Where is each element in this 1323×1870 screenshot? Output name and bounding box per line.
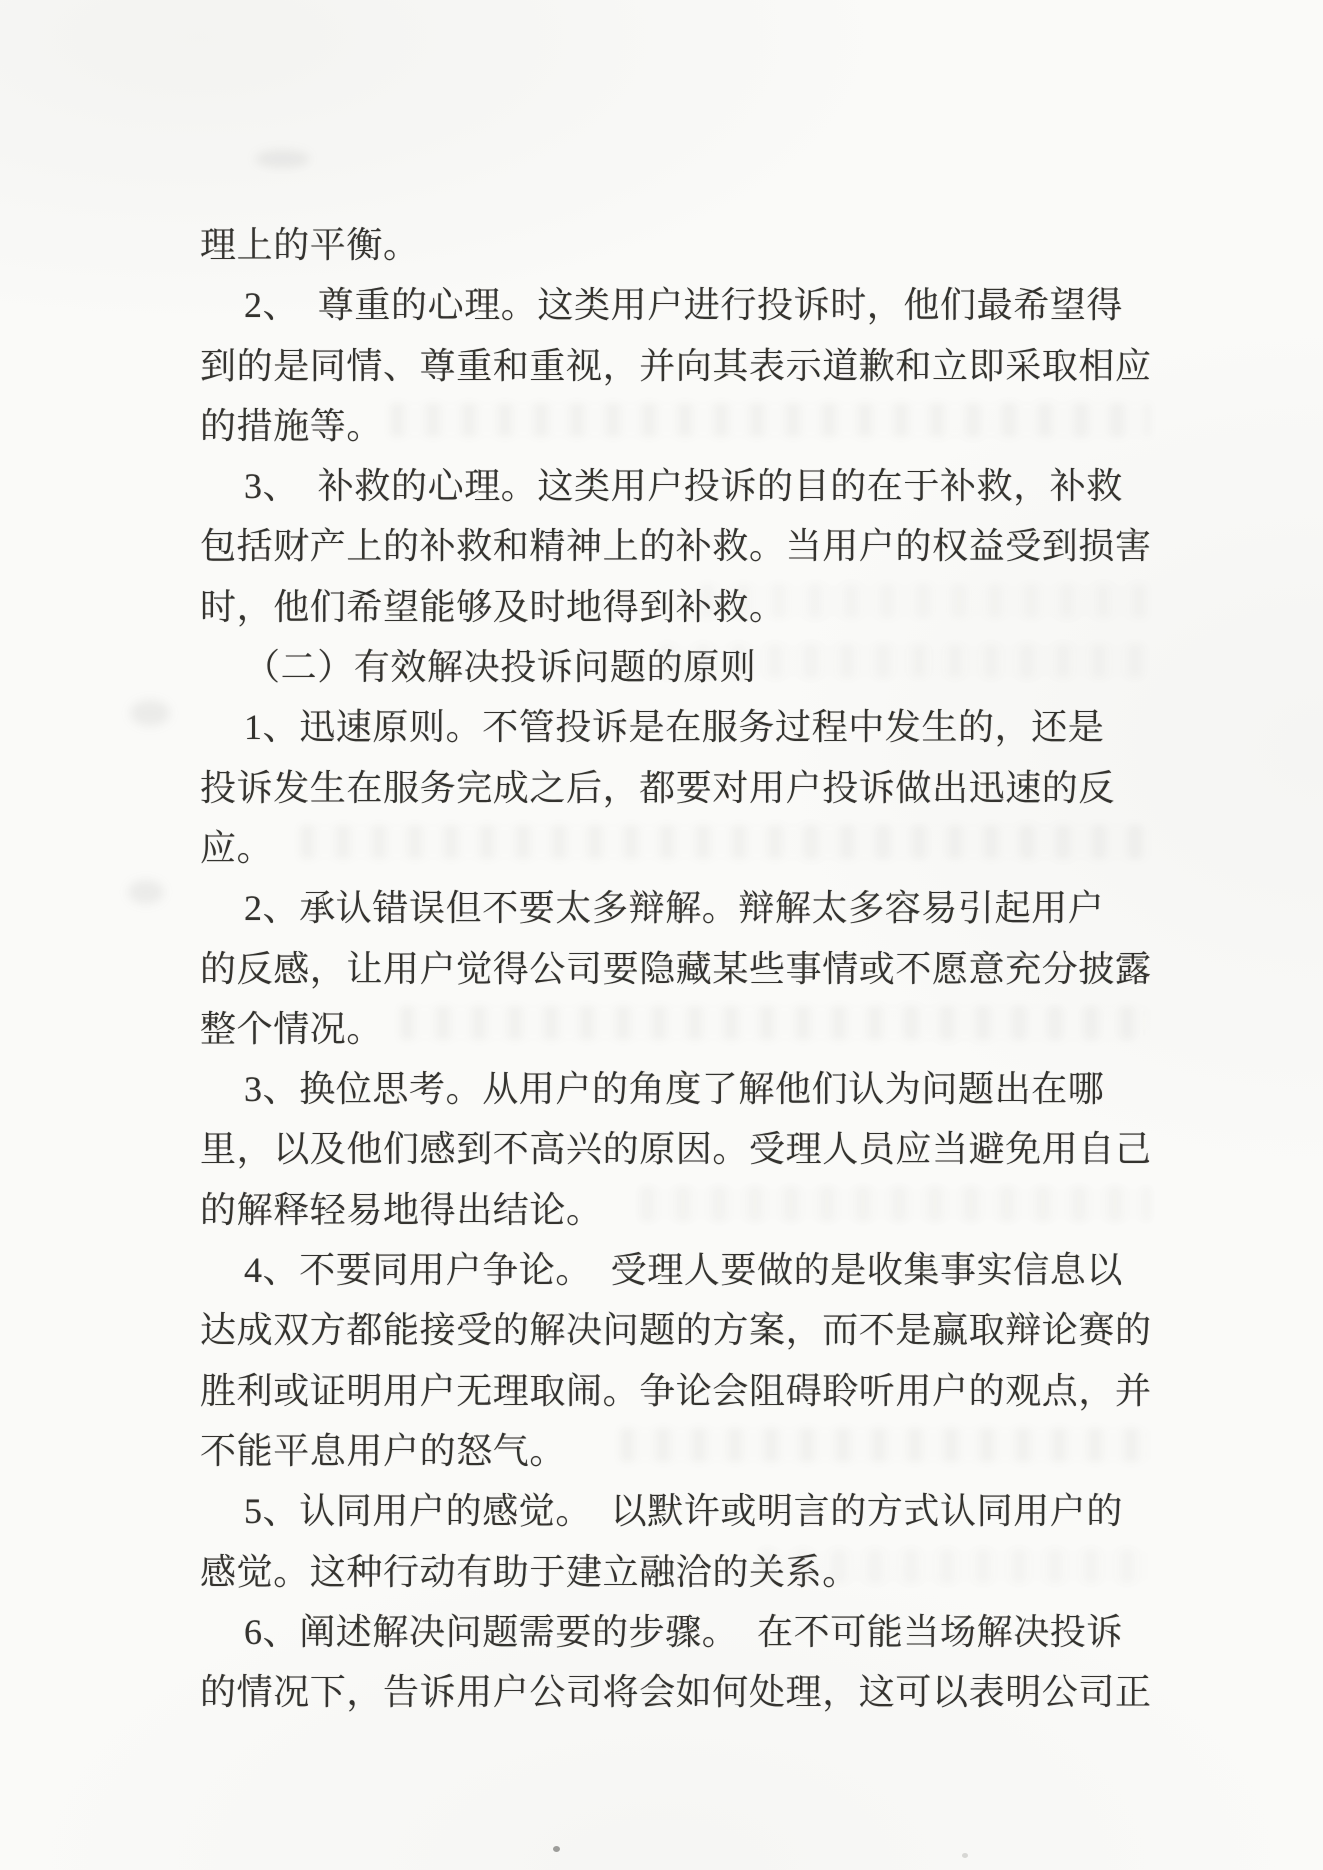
text-line: 投诉发生在服务完成之后，都要对用户投诉做出迅速的反 [200, 758, 1175, 818]
text-line: 2、承认错误但不要太多辩解。辩解太多容易引起用户 [200, 878, 1175, 938]
text-line: 包括财产上的补救和精神上的补救。当用户的权益受到损害 [200, 516, 1175, 576]
text-line: 的措施等。 [200, 396, 1175, 456]
text-line: 6、阐述解决问题需要的步骤。 在不可能当场解决投诉 [200, 1602, 1175, 1662]
text-line: （二）有效解决投诉问题的原则 [200, 637, 1175, 697]
scan-speck [962, 1853, 968, 1858]
scan-smudge [128, 880, 164, 904]
text-line: 到的是同情、尊重和重视，并向其表示道歉和立即采取相应 [200, 336, 1175, 396]
text-line: 2、 尊重的心理。这类用户进行投诉时，他们最希望得 [200, 275, 1175, 335]
text-line: 的情况下，告诉用户公司将会如何处理，这可以表明公司正 [200, 1662, 1175, 1722]
scan-smudge [130, 700, 170, 726]
text-line: 理上的平衡。 [200, 215, 1175, 275]
text-line: 1、迅速原则。不管投诉是在服务过程中发生的，还是 [200, 697, 1175, 757]
text-line: 应。 [200, 818, 1175, 878]
scan-smudge [255, 150, 310, 168]
text-line: 3、换位思考。从用户的角度了解他们认为问题出在哪 [200, 1059, 1175, 1119]
text-line: 5、认同用户的感觉。 以默许或明言的方式认同用户的 [200, 1481, 1175, 1541]
text-line: 4、不要同用户争论。 受理人要做的是收集事实信息以 [200, 1240, 1175, 1300]
text-line: 里，以及他们感到不高兴的原因。受理人员应当避免用自己 [200, 1119, 1175, 1179]
text-line: 的反感，让用户觉得公司要隐藏某些事情或不愿意充分披露 [200, 939, 1175, 999]
text-line: 的解释轻易地得出结论。 [200, 1180, 1175, 1240]
text-line: 感觉。这种行动有助于建立融洽的关系。 [200, 1542, 1175, 1602]
text-line: 达成双方都能接受的解决问题的方案，而不是赢取辩论赛的 [200, 1300, 1175, 1360]
text-line: 整个情况。 [200, 999, 1175, 1059]
text-line: 胜利或证明用户无理取闹。争论会阻碍聆听用户的观点，并 [200, 1361, 1175, 1421]
scan-speck [553, 1846, 560, 1852]
text-line: 不能平息用户的怒气。 [200, 1421, 1175, 1481]
text-line: 时，他们希望能够及时地得到补救。 [200, 577, 1175, 637]
scanned-document-page: 理上的平衡。2、 尊重的心理。这类用户进行投诉时，他们最希望得到的是同情、尊重和… [0, 0, 1323, 1870]
text-block: 理上的平衡。2、 尊重的心理。这类用户进行投诉时，他们最希望得到的是同情、尊重和… [200, 215, 1175, 1722]
text-line: 3、 补救的心理。这类用户投诉的目的在于补救，补救 [200, 456, 1175, 516]
